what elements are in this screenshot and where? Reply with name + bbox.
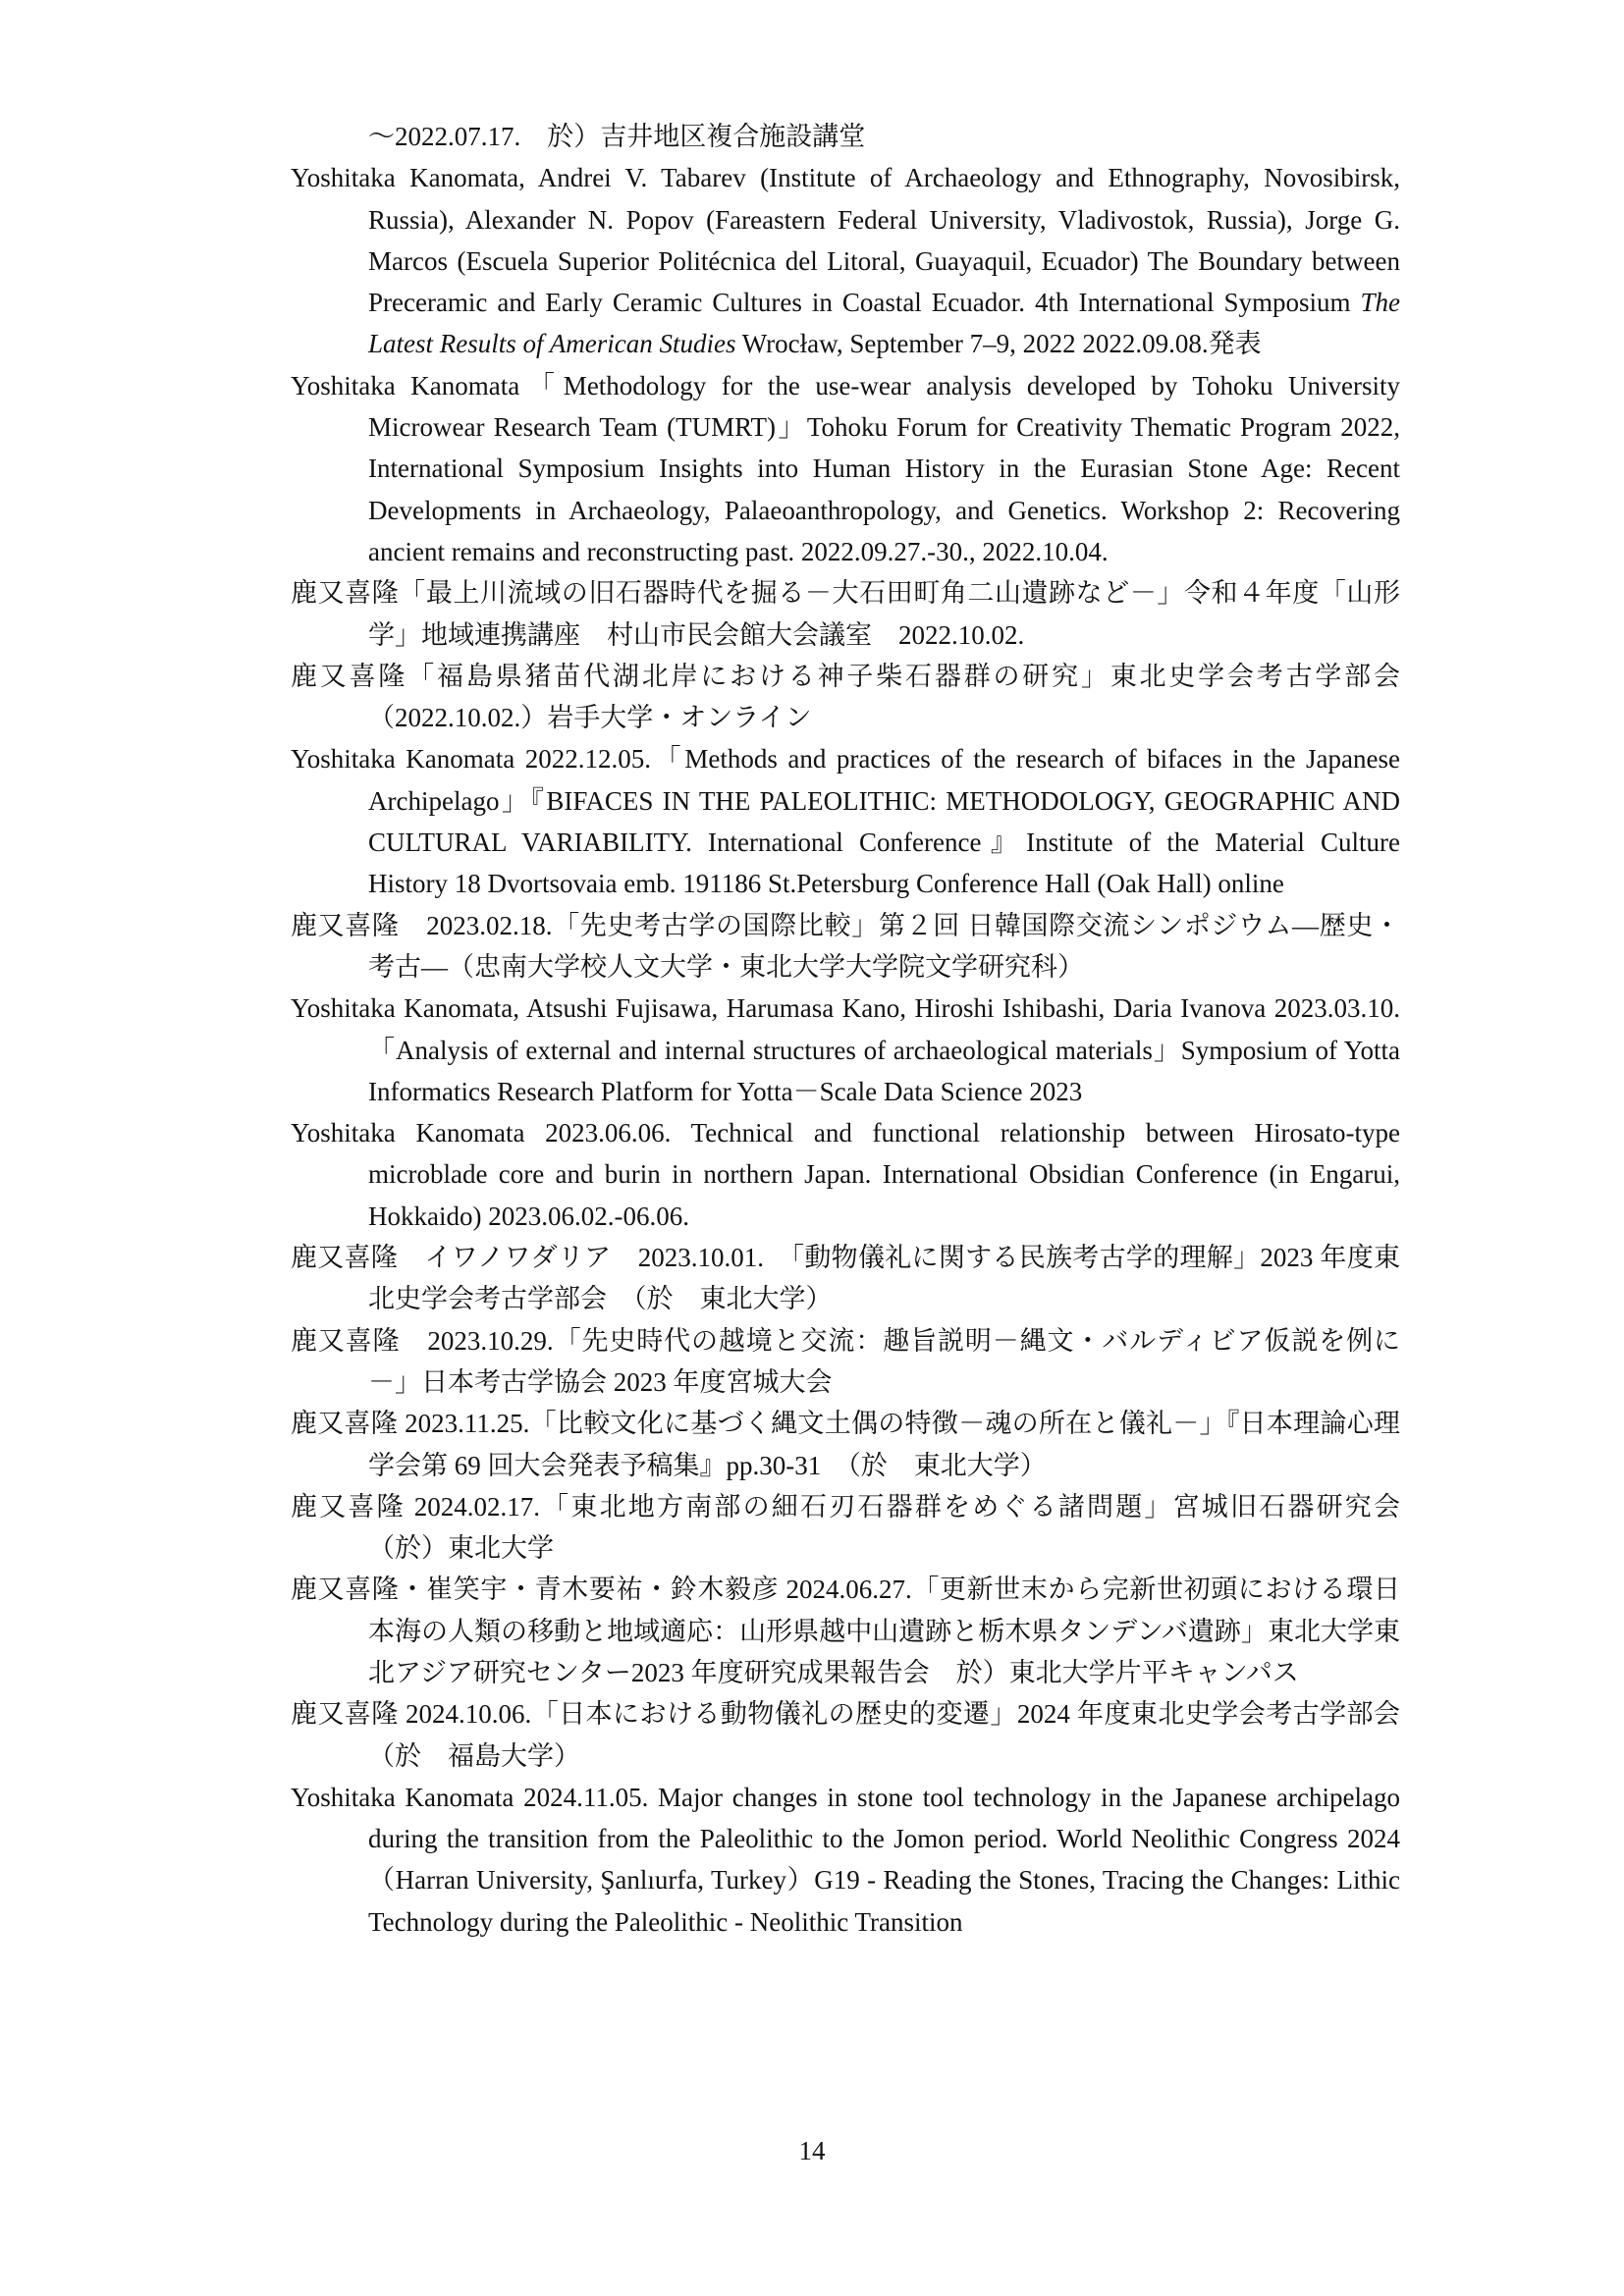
reference-entry-9: 鹿又喜隆 イワノワダリア 2023.10.01. 「動物儀礼に関する民族考古学的…	[291, 1237, 1400, 1320]
continuation-line: ～2022.07.17. 於）吉井地区複合施設講堂	[291, 116, 1400, 157]
reference-entry-7: Yoshitaka Kanomata, Atsushi Fujisawa, Ha…	[291, 988, 1400, 1112]
reference-entry-15: Yoshitaka Kanomata 2024.11.05. Major cha…	[291, 1777, 1400, 1943]
reference-entry-11: 鹿又喜隆 2023.11.25.「比較文化に基づく縄文土偶の特徴－魂の所在と儀礼…	[291, 1403, 1400, 1486]
reference-entry-1: Yoshitaka Kanomata, Andrei V. Tabarev (I…	[291, 157, 1400, 364]
entry-text-tail: Wrocław, September 7–9, 2022 2022.09.08.…	[735, 329, 1261, 358]
reference-entry-6: 鹿又喜隆 2023.02.18.「先史考古学の国際比較」第２回 日韓国際交流シン…	[291, 905, 1400, 988]
document-page: ～2022.07.17. 於）吉井地区複合施設講堂 Yoshitaka Kano…	[291, 116, 1400, 1943]
reference-entry-5: Yoshitaka Kanomata 2022.12.05.「Methods a…	[291, 738, 1400, 904]
reference-entry-8: Yoshitaka Kanomata 2023.06.06. Technical…	[291, 1112, 1400, 1237]
reference-entry-2: Yoshitaka Kanomata「Methodology for the u…	[291, 365, 1400, 572]
reference-entry-10: 鹿又喜隆 2023.10.29.「先史時代の越境と交流：趣旨説明－縄文・バルディ…	[291, 1320, 1400, 1404]
reference-entry-4: 鹿又喜隆「福島県猪苗代湖北岸における神子柴石器群の研究」東北史学会考古学部会（2…	[291, 656, 1400, 739]
reference-entry-13: 鹿又喜隆・崔笑宇・青木要祐・鈴木毅彦 2024.06.27.「更新世末から完新世…	[291, 1569, 1400, 1693]
reference-entry-3: 鹿又喜隆「最上川流域の旧石器時代を掘る－大石田町角二山遺跡など－」令和４年度「山…	[291, 572, 1400, 656]
reference-entry-14: 鹿又喜隆 2024.10.06.「日本における動物儀礼の歴史的変遷」2024 年…	[291, 1693, 1400, 1777]
entry-text: Yoshitaka Kanomata, Andrei V. Tabarev (I…	[291, 163, 1400, 317]
page-number: 14	[0, 2136, 1624, 2166]
reference-entry-12: 鹿又喜隆 2024.02.17.「東北地方南部の細石刃石器群をめぐる諸問題」宮城…	[291, 1486, 1400, 1570]
